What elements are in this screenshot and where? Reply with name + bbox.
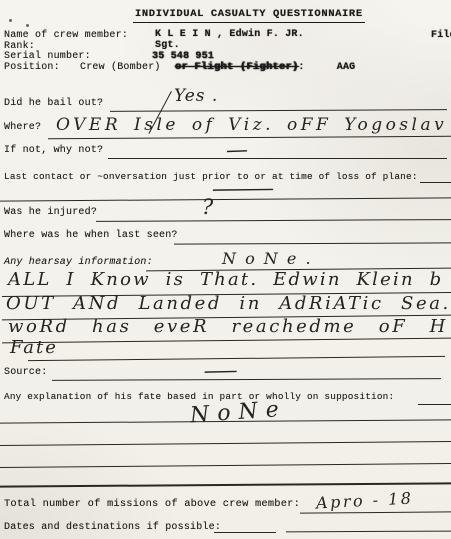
hearsay-line-4: Fate (10, 339, 58, 357)
hearsay-answer: N o N e . (222, 251, 313, 267)
injured-label: Was he injured? (4, 207, 97, 218)
injured-answer: ? (202, 197, 213, 218)
if-not-label: If not, why not? (4, 145, 103, 156)
page-title: INDIVIDUAL CASUALTY QUESTIONNAIRE (133, 8, 365, 23)
explanation-blank-line-2 (0, 441, 451, 446)
where-answer-line (48, 136, 451, 139)
dates-label: Dates and destinations if possible: (4, 522, 221, 533)
source-answer-line (52, 378, 441, 381)
serial-value: 35 548 951 (152, 51, 214, 62)
name-label: Name of crew member: (4, 30, 128, 41)
if-not-answer-line (108, 158, 447, 159)
missions-label: Total number of missions of above crew m… (4, 499, 300, 510)
missions-answer: Apro - 18 (316, 490, 414, 511)
if-not-answer: — (226, 140, 249, 163)
position-struck-option: or Flight (Fighter) (175, 62, 299, 73)
hearsay-ruled-line-3 (2, 338, 451, 344)
file-label: File (431, 30, 451, 41)
explanation-label: Any explanation of his fate based in par… (4, 391, 394, 402)
position-crew-type: Crew (Bomber) (80, 62, 161, 73)
explanation-blank-line-4 (0, 482, 451, 487)
hearsay-line-3: woRd has eveR reachedme oF H (8, 318, 448, 336)
last-seen-label: Where was he when last seen? (4, 230, 178, 241)
scan-speck (9, 19, 12, 22)
hearsay-label: Any hearsay information: (4, 257, 153, 268)
bail-out-label: Did he bail out? (4, 98, 103, 109)
last-contact-answer: — (209, 178, 277, 201)
position-label: Position: (4, 62, 60, 73)
position-answer: AAG (337, 62, 356, 73)
where-label: Where? (4, 122, 41, 133)
name-value: K L E I N , Edwin F. JR. (155, 29, 304, 40)
explanation-line-short (418, 404, 451, 405)
bail-out-answer: Yes . (174, 88, 218, 105)
last-contact-line-short (420, 182, 451, 183)
scan-speck (26, 24, 29, 27)
serial-label: Serial number: (4, 51, 91, 62)
position-row: Position: Crew (Bomber) or Flight (Fight… (4, 62, 355, 73)
dates-line-segment-1 (214, 532, 276, 533)
casualty-questionnaire-scan: INDIVIDUAL CASUALTY QUESTIONNAIRE Name o… (0, 0, 451, 539)
explanation-answer: NoNe (189, 399, 287, 428)
hearsay-line-2: OUT ANd Landed in AdRiATic Sea. (6, 295, 451, 313)
position-separator: : (298, 62, 304, 73)
last-seen-answer-line (174, 242, 451, 244)
hearsay-line-1: ALL I Know is That. Edwin Klein b (8, 271, 443, 289)
source-label: Source: (4, 367, 47, 378)
dates-line-segment-2 (286, 531, 451, 533)
explanation-blank-line-3 (0, 463, 451, 468)
injured-answer-line (96, 219, 451, 222)
where-answer: OVER Isle of Viz. oFF Yogoslav C (56, 117, 451, 134)
source-answer: — (202, 360, 238, 383)
rank-value: Sgt. (155, 40, 180, 51)
